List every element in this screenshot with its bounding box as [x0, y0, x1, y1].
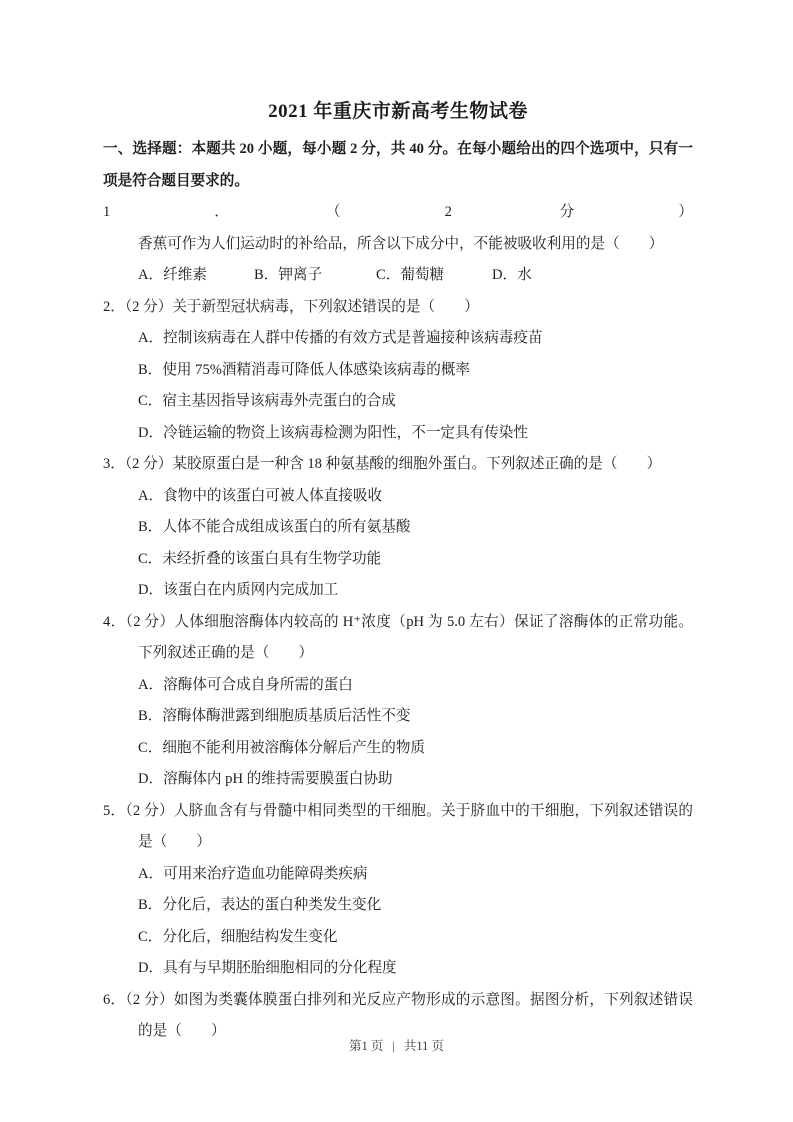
option-label: B． [138, 519, 162, 535]
question-4-option-c: C．细胞不能利用被溶酶体分解后产生的物质 [138, 733, 693, 765]
option-label: D． [492, 267, 517, 283]
question-5-text: 人脐血含有与骨髓中相同类型的干细胞。关于脐血中的干细胞，下列叙述错误的是（ ） [138, 803, 693, 851]
option-text: 未经折叠的该蛋白具有生物学功能 [162, 551, 381, 567]
question-4-number: 4．（2 分） [103, 614, 174, 630]
option-label: C． [138, 929, 162, 945]
option-label: C． [376, 267, 400, 283]
option-text: 使用 75%酒精消毒可降低人体感染该病毒的概率 [162, 362, 470, 378]
question-5-stem: 5．（2 分）人脐血含有与骨髓中相同类型的干细胞。关于脐血中的干细胞，下列叙述错… [103, 796, 693, 859]
option-label: A． [138, 488, 163, 504]
option-label: B． [254, 267, 278, 283]
option-label: A． [138, 677, 163, 693]
option-text: 溶酶体可合成自身所需的蛋白 [163, 677, 353, 693]
question-5-option-c: C．分化后，细胞结构发生变化 [138, 922, 693, 954]
question-2-number: 2．（2 分） [103, 299, 172, 315]
option-label: D． [138, 960, 163, 976]
question-6-number: 6．（2 分） [103, 992, 174, 1008]
option-label: C． [138, 393, 162, 409]
option-text: 该蛋白在内质网内完成加工 [163, 582, 338, 598]
question-2-option-c: C．宿主基因指导该病毒外壳蛋白的合成 [138, 386, 693, 418]
question-3-option-c: C．未经折叠的该蛋白具有生物学功能 [138, 544, 693, 576]
footer-separator: | [392, 1036, 395, 1056]
option-text: 细胞不能利用被溶酶体分解后产生的物质 [162, 740, 425, 756]
option-text: 分化后，细胞结构发生变化 [162, 929, 337, 945]
question-3-number: 3．（2 分） [103, 456, 172, 472]
option-text: 可用来治疗造血功能障碍类疾病 [163, 866, 367, 882]
question-1-option-a: A．纤维素 [138, 260, 254, 292]
option-label: D． [138, 425, 163, 441]
section-heading: 一、选择题：本题共 20 小题，每小题 2 分，共 40 分。在每小题给出的四个… [103, 134, 693, 197]
question-1: 1．（2 分）香蕉可作为人们运动时的补给品，所含以下成分中，不能被吸收利用的是（… [103, 197, 693, 292]
question-3-stem: 3．（2 分）某胶原蛋白是一种含 18 种氨基酸的细胞外蛋白。下列叙述正确的是（… [103, 449, 693, 481]
option-text: 溶酶体内 pH 的维持需要膜蛋白协助 [163, 771, 392, 787]
question-5-option-a: A．可用来治疗造血功能障碍类疾病 [138, 859, 693, 891]
option-text: 冷链运输的物资上该病毒检测为阳性，不一定具有传染性 [163, 425, 528, 441]
footer-total-pages: 共11 页 [404, 1039, 444, 1053]
option-label: A． [138, 267, 163, 283]
page-title: 2021 年重庆市新高考生物试卷 [103, 99, 693, 125]
question-2-option-b: B．使用 75%酒精消毒可降低人体感染该病毒的概率 [138, 355, 693, 387]
question-2-option-d: D．冷链运输的物资上该病毒检测为阳性，不一定具有传染性 [138, 418, 693, 450]
option-text: 宿主基因指导该病毒外壳蛋白的合成 [162, 393, 396, 409]
option-label: D． [138, 582, 163, 598]
question-2-text: 关于新型冠状病毒，下列叙述错误的是（ ） [172, 299, 478, 315]
question-3-option-a: A．食物中的该蛋白可被人体直接吸收 [138, 481, 693, 513]
question-4-option-a: A．溶酶体可合成自身所需的蛋白 [138, 670, 693, 702]
option-text: 溶酶体酶泄露到细胞质基质后活性不变 [162, 708, 410, 724]
option-label: A． [138, 866, 163, 882]
option-label: D． [138, 771, 163, 787]
question-2-stem: 2．（2 分）关于新型冠状病毒，下列叙述错误的是（ ） [103, 292, 693, 324]
exam-page: 2021 年重庆市新高考生物试卷 一、选择题：本题共 20 小题，每小题 2 分… [0, 0, 793, 1122]
question-4: 4．（2 分）人体细胞溶酶体内较高的 H⁺浓度（pH 为 5.0 左右）保证了溶… [103, 607, 693, 796]
option-text: 纤维素 [163, 267, 207, 283]
question-5-option-d: D．具有与早期胚胎细胞相同的分化程度 [138, 953, 693, 985]
option-label: C． [138, 551, 162, 567]
option-label: B． [138, 897, 162, 913]
option-text: 人体不能合成组成该蛋白的所有氨基酸 [162, 519, 410, 535]
option-label: B． [138, 362, 162, 378]
question-4-stem: 4．（2 分）人体细胞溶酶体内较高的 H⁺浓度（pH 为 5.0 左右）保证了溶… [103, 607, 693, 670]
option-label: C． [138, 740, 162, 756]
question-2-option-a: A．控制该病毒在人群中传播的有效方式是普遍接种该病毒疫苗 [138, 323, 693, 355]
option-text: 控制该病毒在人群中传播的有效方式是普遍接种该病毒疫苗 [163, 330, 542, 346]
option-text: 水 [517, 267, 532, 283]
question-1-options: A．纤维素 B．钾离子 C．葡萄糖 D．水 [103, 260, 693, 292]
question-4-option-d: D．溶酶体内 pH 的维持需要膜蛋白协助 [138, 764, 693, 796]
question-3-text: 某胶原蛋白是一种含 18 种氨基酸的细胞外蛋白。下列叙述正确的是（ ） [172, 456, 661, 472]
footer-current-page: 第1 页 [349, 1039, 383, 1053]
option-text: 钾离子 [278, 267, 322, 283]
option-text: 食物中的该蛋白可被人体直接吸收 [163, 488, 382, 504]
question-1-number: 1．（2 分） [103, 204, 693, 220]
option-label: A． [138, 330, 163, 346]
question-6-text: 如图为类囊体膜蛋白排列和光反应产物形成的示意图。据图分析，下列叙述错误的是（ ） [138, 992, 693, 1040]
page-footer: 第1 页|共11 页 [0, 1036, 793, 1056]
question-5-option-b: B．分化后，表达的蛋白种类发生变化 [138, 890, 693, 922]
question-4-text: 人体细胞溶酶体内较高的 H⁺浓度（pH 为 5.0 左右）保证了溶酶体的正常功能… [138, 614, 693, 662]
question-3-option-b: B．人体不能合成组成该蛋白的所有氨基酸 [138, 512, 693, 544]
question-1-stem: 1．（2 分）香蕉可作为人们运动时的补给品，所含以下成分中，不能被吸收利用的是（… [103, 197, 693, 260]
question-1-option-d: D．水 [492, 260, 693, 292]
option-text: 分化后，表达的蛋白种类发生变化 [162, 897, 381, 913]
option-text: 葡萄糖 [400, 267, 444, 283]
question-4-option-b: B．溶酶体酶泄露到细胞质基质后活性不变 [138, 701, 693, 733]
question-2-options: A．控制该病毒在人群中传播的有效方式是普遍接种该病毒疫苗 B．使用 75%酒精消… [103, 323, 693, 449]
question-2: 2．（2 分）关于新型冠状病毒，下列叙述错误的是（ ） A．控制该病毒在人群中传… [103, 292, 693, 450]
question-3-option-d: D．该蛋白在内质网内完成加工 [138, 575, 693, 607]
question-1-option-c: C．葡萄糖 [376, 260, 492, 292]
question-5-number: 5．（2 分） [103, 803, 174, 819]
option-label: B． [138, 708, 162, 724]
question-3: 3．（2 分）某胶原蛋白是一种含 18 种氨基酸的细胞外蛋白。下列叙述正确的是（… [103, 449, 693, 607]
question-5-options: A．可用来治疗造血功能障碍类疾病 B．分化后，表达的蛋白种类发生变化 C．分化后… [103, 859, 693, 985]
question-1-option-b: B．钾离子 [254, 260, 376, 292]
question-3-options: A．食物中的该蛋白可被人体直接吸收 B．人体不能合成组成该蛋白的所有氨基酸 C．… [103, 481, 693, 607]
question-4-options: A．溶酶体可合成自身所需的蛋白 B．溶酶体酶泄露到细胞质基质后活性不变 C．细胞… [103, 670, 693, 796]
question-5: 5．（2 分）人脐血含有与骨髓中相同类型的干细胞。关于脐血中的干细胞，下列叙述错… [103, 796, 693, 985]
question-1-text: 香蕉可作为人们运动时的补给品，所含以下成分中，不能被吸收利用的是（ ） [138, 236, 663, 252]
option-text: 具有与早期胚胎细胞相同的分化程度 [163, 960, 397, 976]
